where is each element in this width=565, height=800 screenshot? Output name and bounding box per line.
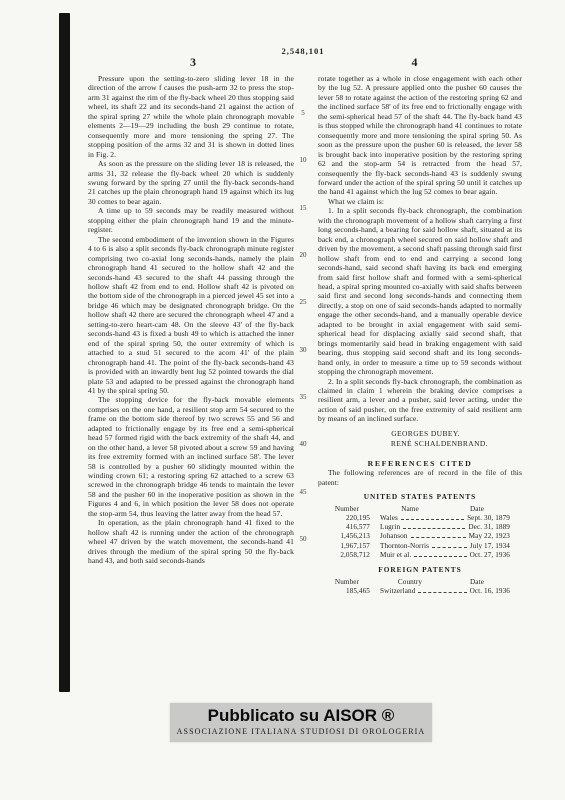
- table-row: 416,577 Lugrin Dec. 31, 1889: [318, 523, 522, 532]
- patent-ref-number: 2,058,712: [318, 551, 370, 560]
- column-number-right: 4: [312, 55, 517, 70]
- patent-ref-number: 185,465: [318, 587, 370, 596]
- left-text-column: Pressure upon the setting-to-zero slidin…: [88, 74, 294, 596]
- paragraph: The second embodiment of the invention s…: [88, 235, 294, 396]
- dotted-leader: [432, 547, 467, 548]
- paragraph: Pressure upon the setting-to-zero slidin…: [88, 74, 294, 159]
- patent-ref-date: July 17, 1934: [470, 542, 510, 551]
- table-row: 1,967,157 Thornton-Norris July 17, 1934: [318, 542, 522, 551]
- patent-ref-name: Lugrin: [380, 523, 400, 532]
- dotted-leader: [414, 556, 466, 557]
- table-row: 185,465 Switzerland Oct. 16, 1936: [318, 587, 522, 596]
- signature-line: GEORGES DUBEY.: [318, 429, 522, 440]
- patent-ref-name: Wales: [380, 514, 398, 523]
- signature-line: RENÉ SCHALDENBRAND.: [318, 439, 522, 450]
- patent-page-scan: 2,548,101 3 4 5 10 15 20 25 30 35 40 45 …: [0, 0, 565, 800]
- table-row: 2,058,712 Muir et al. Oct. 27, 1936: [318, 551, 522, 560]
- paragraph: In operation, as the plain chronograph h…: [88, 518, 294, 565]
- us-patents-heading: UNITED STATES PATENTS: [318, 492, 522, 501]
- patent-ref-name: Muir et al.: [380, 551, 411, 560]
- aisor-watermark-banner: Pubblicato su AISOR ® ASSOCIAZIONE ITALI…: [170, 703, 432, 742]
- us-patents-table: Number Name Date 220,195 Wales Sept. 30,…: [318, 505, 522, 561]
- signature-block: GEORGES DUBEY. RENÉ SCHALDENBRAND.: [318, 429, 522, 450]
- patent-ref-country: Switzerland: [380, 587, 415, 596]
- paragraph: A time up to 59 seconds may be readily m…: [88, 206, 294, 234]
- table-header-row: Number Name Date: [318, 505, 522, 514]
- patent-ref-number: 1,967,157: [318, 542, 370, 551]
- patent-ref-date: Oct. 16, 1936: [470, 587, 510, 596]
- patent-ref-number: 416,577: [318, 523, 370, 532]
- table-header-row: Number Country Date: [318, 578, 522, 587]
- scan-edge-bar: [59, 13, 70, 692]
- paragraph: The stopping device for the fly-back mov…: [88, 395, 294, 518]
- paragraph: rotate together as a whole in close enga…: [318, 74, 522, 197]
- patent-ref-date: Sept. 30, 1879: [467, 514, 510, 523]
- references-intro: The following references are of record i…: [318, 468, 522, 487]
- patent-ref-date: Oct. 27, 1936: [470, 551, 510, 560]
- banner-title: Pubblicato su AISOR ®: [170, 705, 432, 727]
- claim-paragraph: 2. In a split seconds fly-back chronogra…: [318, 377, 522, 424]
- column-header-number: Number: [318, 578, 376, 587]
- column-header-date: Date: [444, 578, 510, 587]
- patent-ref-date: Dec. 31, 1889: [468, 523, 510, 532]
- claim-paragraph: 1. In a split seconds fly-back chronogra…: [318, 206, 522, 376]
- table-row: 1,456,213 Johanson May 22, 1923: [318, 532, 522, 541]
- patent-ref-number: 220,195: [318, 514, 370, 523]
- references-cited-heading: REFERENCES CITED: [318, 459, 522, 468]
- table-row: 220,195 Wales Sept. 30, 1879: [318, 514, 522, 523]
- dotted-leader: [401, 519, 464, 520]
- patent-ref-date: May 22, 1923: [469, 532, 510, 541]
- dotted-leader: [411, 537, 466, 538]
- patent-ref-name: Johanson: [380, 532, 408, 541]
- column-header-name: Name: [376, 505, 444, 514]
- foreign-patents-heading: FOREIGN PATENTS: [318, 565, 522, 574]
- claims-intro: What we claim is:: [318, 197, 522, 206]
- dotted-leader: [418, 592, 466, 593]
- dotted-leader: [403, 528, 465, 529]
- right-text-column: rotate together as a whole in close enga…: [318, 74, 522, 596]
- patent-ref-name: Thornton-Norris: [380, 542, 429, 551]
- column-header-date: Date: [444, 505, 510, 514]
- paragraph: As soon as the pressure on the sliding l…: [88, 159, 294, 206]
- patent-ref-number: 1,456,213: [318, 532, 370, 541]
- text-columns: Pressure upon the setting-to-zero slidin…: [88, 74, 522, 596]
- column-number-left: 3: [88, 55, 298, 70]
- column-header-number: Number: [318, 505, 376, 514]
- foreign-patents-table: Number Country Date 185,465 Switzerland …: [318, 578, 522, 597]
- column-header-country: Country: [376, 578, 444, 587]
- banner-subtitle: ASSOCIAZIONE ITALIANA STUDIOSI DI OROLOG…: [170, 727, 432, 737]
